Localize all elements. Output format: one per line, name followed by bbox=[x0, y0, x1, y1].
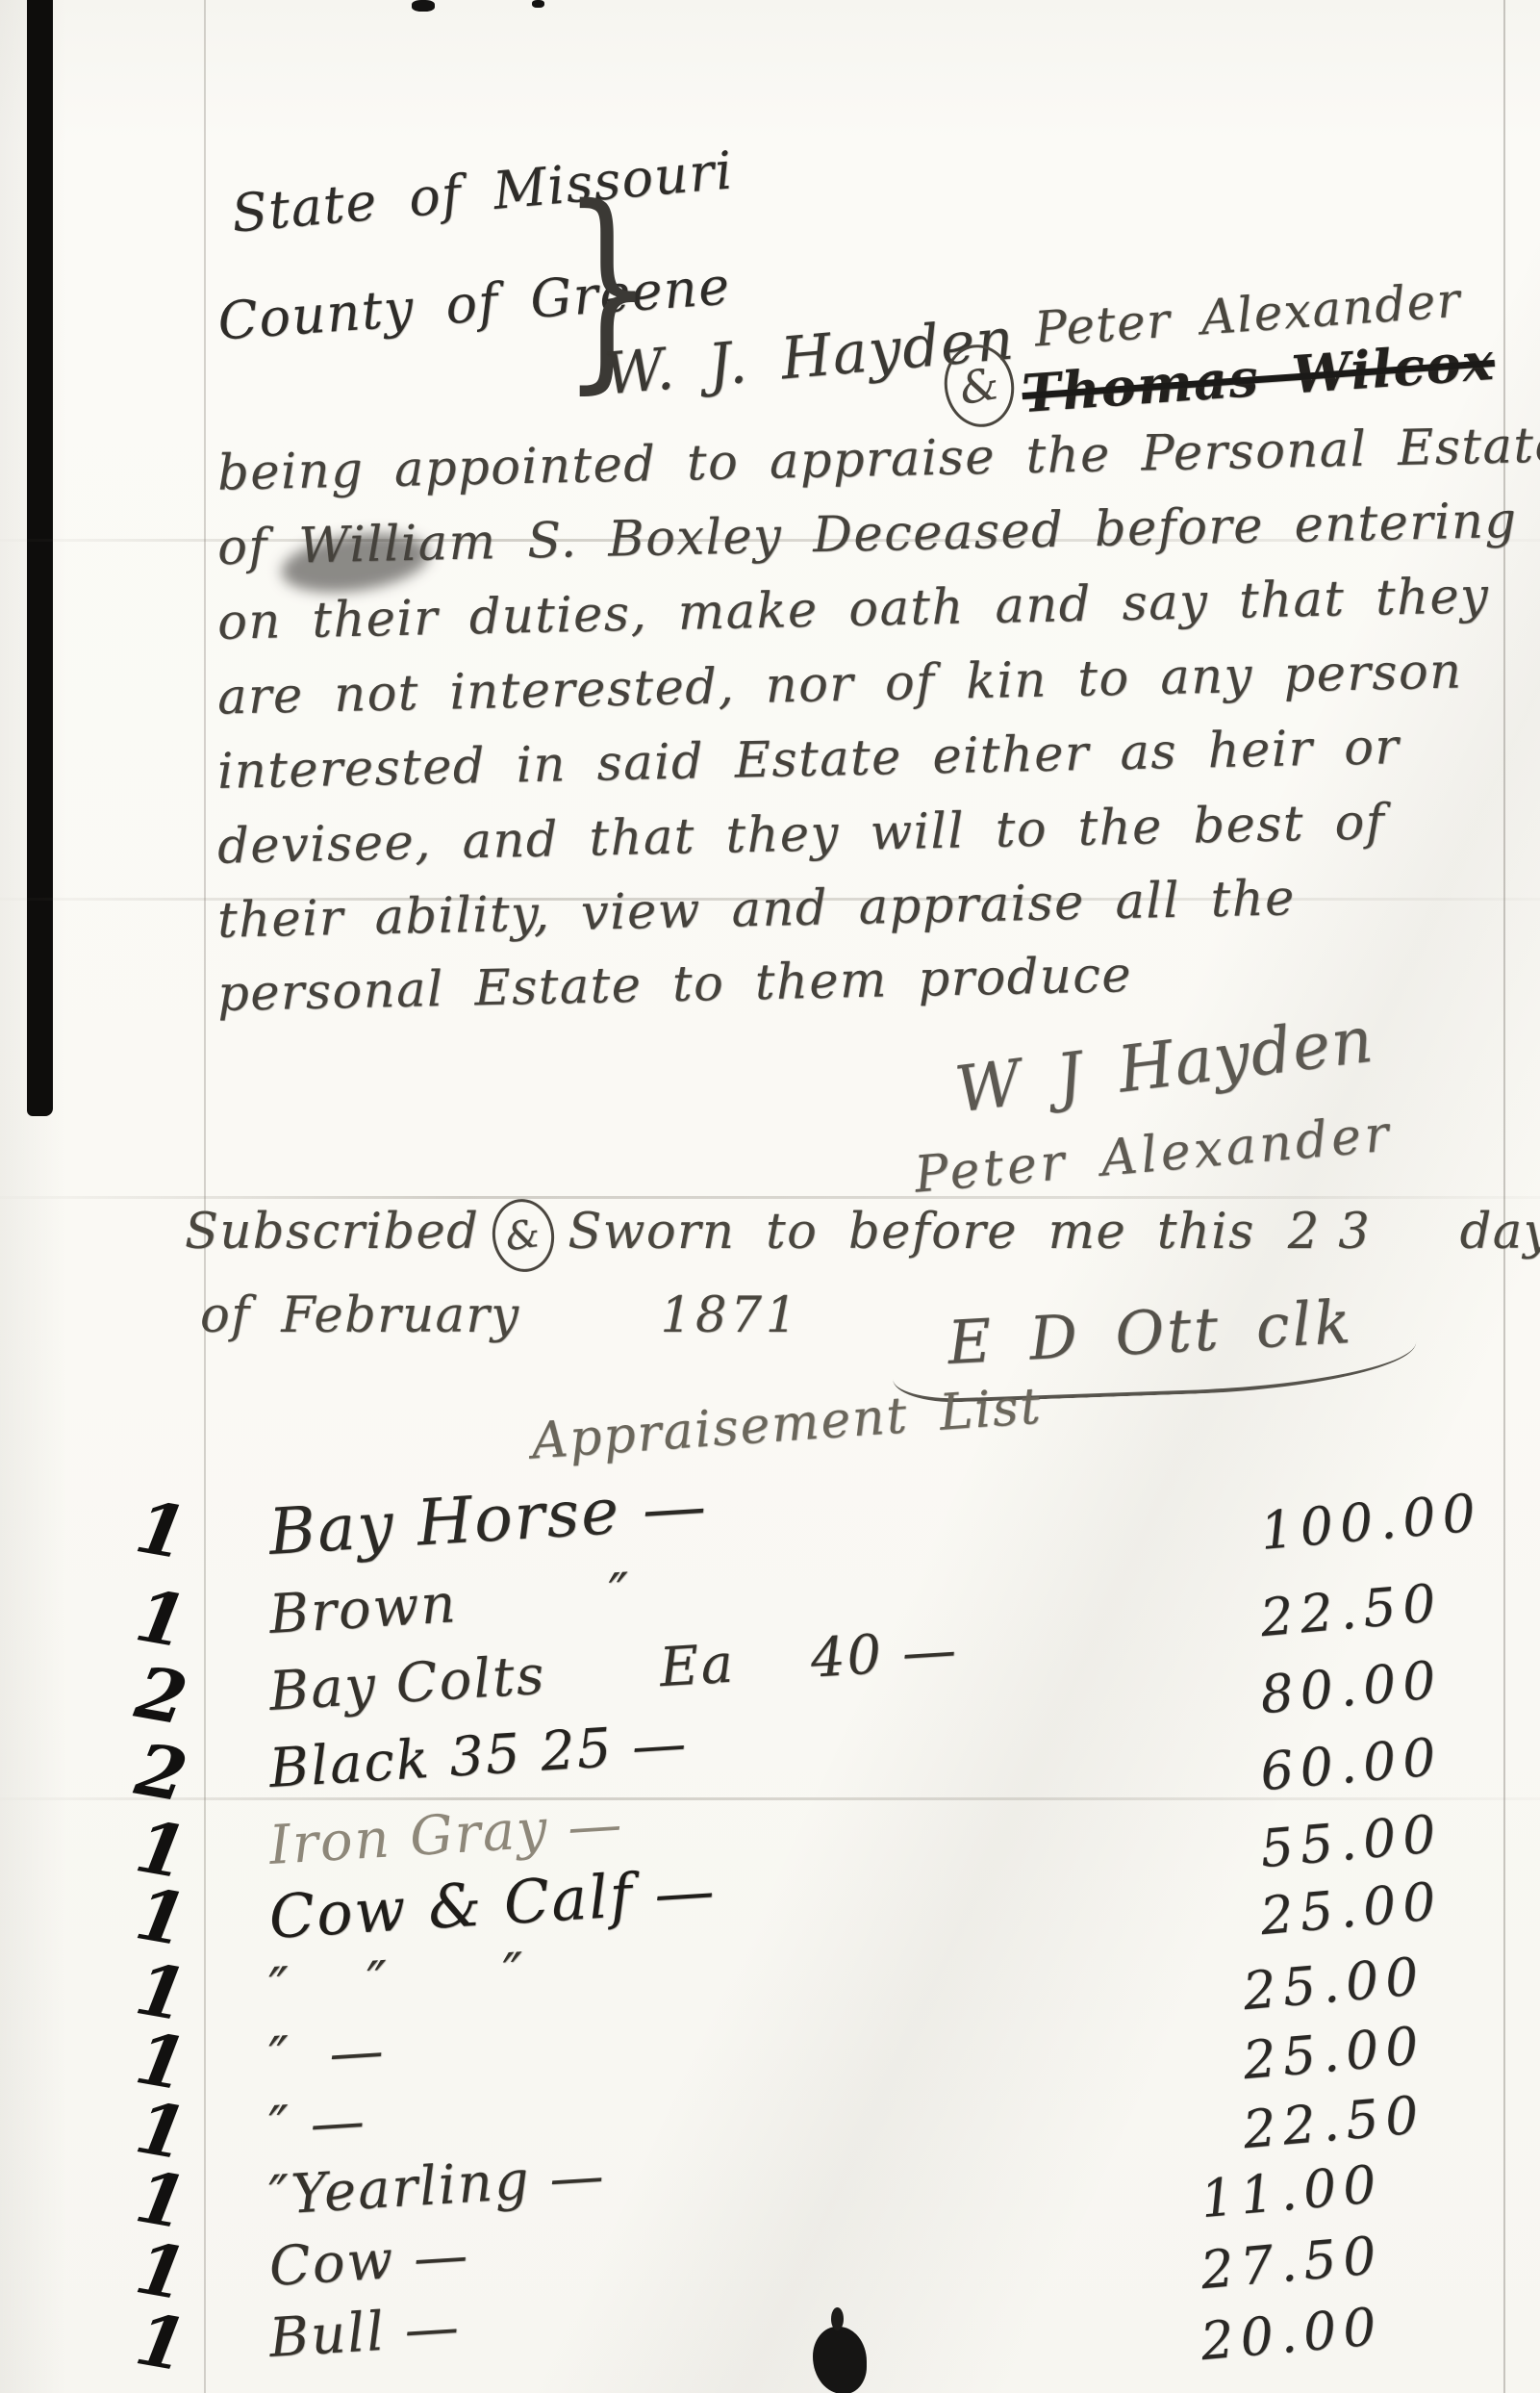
list-item: 1 Bull — 20.00 bbox=[0, 2302, 1540, 2382]
item-quantity: 2 bbox=[130, 1651, 193, 1742]
scan-artifact-speck bbox=[532, 0, 544, 8]
item-description: Brown ″ bbox=[267, 1562, 633, 1646]
item-quantity: 1 bbox=[130, 1486, 193, 1576]
list-item: 2 Black 35 25 — 60.00 bbox=[0, 1732, 1540, 1813]
list-item: 1 Bay Horse — 100.00 bbox=[0, 1489, 1540, 1570]
attestation-year: 1871 bbox=[661, 1287, 801, 1344]
item-quantity: 1 bbox=[130, 1574, 193, 1665]
item-amount: 22.50 bbox=[1258, 1572, 1445, 1648]
attestation-line-2: of February 1871 bbox=[200, 1287, 800, 1344]
item-description: ″ ″ ″ bbox=[267, 1942, 527, 2020]
ampersand-circled-icon: & bbox=[488, 1195, 559, 1276]
list-item: 1 Cow — 27.50 bbox=[0, 2230, 1540, 2311]
item-quantity: 1 bbox=[130, 2298, 193, 2388]
appraisement-list-title: Appraisement List bbox=[530, 1378, 1045, 1471]
body-line: being appointed to appraise the Personal… bbox=[217, 417, 1540, 501]
attestation-day-word: day bbox=[1460, 1204, 1540, 1260]
body-line: personal Estate to them produce bbox=[216, 947, 1132, 1023]
attestation-sworn-text: Sworn to before me this bbox=[568, 1204, 1254, 1260]
item-quantity: 2 bbox=[130, 1728, 193, 1819]
scan-artifact-speck bbox=[412, 0, 435, 12]
list-item: 2 Bay Colts Ea 40 — 80.00 bbox=[0, 1655, 1540, 1736]
list-item: 1 Cow & Calf — 25.00 bbox=[0, 1876, 1540, 1957]
attestation-month: of February bbox=[200, 1287, 520, 1344]
item-description: ″ — bbox=[267, 2090, 367, 2158]
item-amount: 20.00 bbox=[1199, 2296, 1385, 2372]
item-amount: 55.00 bbox=[1258, 1803, 1445, 1879]
item-amount: 22.50 bbox=[1241, 2084, 1427, 2160]
item-amount: 80.00 bbox=[1258, 1649, 1445, 1725]
attestation-subscribed: Subscribed bbox=[185, 1204, 479, 1260]
item-description: ″ — bbox=[267, 2020, 387, 2089]
item-amount: 60.00 bbox=[1258, 1726, 1445, 1802]
signature-hayden: W J Hayden bbox=[951, 1003, 1377, 1128]
item-description: Bull — bbox=[267, 2296, 462, 2370]
attestation-line-1: Subscribed & Sworn to before me this 23 … bbox=[185, 1199, 1540, 1272]
state-line: State of Missouri bbox=[229, 140, 736, 243]
list-item: 1 ″Yearling — 11.00 bbox=[0, 2159, 1540, 2240]
attestation-day-number: 23 bbox=[1288, 1204, 1389, 1260]
item-amount: 100.00 bbox=[1258, 1482, 1485, 1562]
scan-artifact-left-bar bbox=[27, 0, 53, 1116]
item-description: Cow — bbox=[267, 2224, 471, 2299]
item-quantity: 1 bbox=[130, 1872, 193, 1963]
body-line: devisee, and that they will to the best … bbox=[217, 794, 1386, 875]
body-line: of William S. Boxley Deceased before ent… bbox=[217, 493, 1518, 576]
body-line: their ability, view and appraise all the bbox=[217, 870, 1297, 949]
body-line: are not interested, nor of kin to any pe… bbox=[217, 643, 1464, 726]
item-amount: 25.00 bbox=[1258, 1871, 1445, 1947]
item-amount: 27.50 bbox=[1199, 2225, 1385, 2301]
document-page: State of Missouri County of Greene } W. … bbox=[0, 0, 1540, 2393]
body-line: interested in said Estate either as heir… bbox=[217, 719, 1401, 801]
item-amount: 11.00 bbox=[1199, 2153, 1385, 2229]
item-description: Bay Horse — bbox=[266, 1468, 710, 1569]
body-line: on their duties, make oath and say that … bbox=[217, 568, 1490, 651]
item-amount: 25.00 bbox=[1241, 2015, 1427, 2091]
item-amount: 25.00 bbox=[1241, 1946, 1427, 2022]
